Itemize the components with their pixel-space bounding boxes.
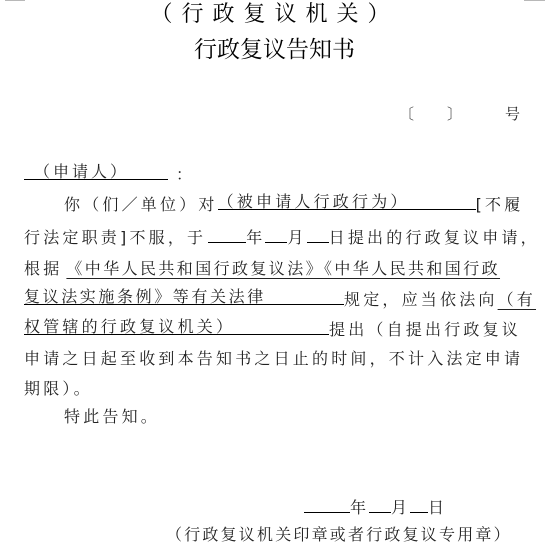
month-label: 月 [287,228,306,247]
body-line-2: 行法定职责]不服，于年月日提出的行政复议申请， [24,226,540,249]
doc-number-open-bracket: 〔 [399,104,414,124]
applicant-blank[interactable]: （申请人） [24,163,168,180]
signature-day-blank[interactable] [410,496,428,513]
body-line-3: 根据《中华人民共和国行政复议法》《中华人民共和国行政 [24,258,500,280]
page-corner-mark-right [524,0,545,1]
page-corner-mark-left [5,0,25,1]
body-text: 提出（自提出行政复议 [329,320,521,339]
body-text: 你（们／单位）对 [64,195,218,214]
body-text: 行法定职责]不服，于 [24,228,206,247]
signature-date: 年月日 [304,496,447,519]
body-line-6: 申请之日起至收到本告知书之日止的时间，不计入法定申请 [24,348,523,370]
doc-number-suffix: 号 [505,104,520,124]
closing-statement: 特此告知。 [64,406,160,428]
doc-number-close-bracket: 〕 [447,104,462,124]
body-text: 根据 [24,259,62,278]
law-reference: 《中华人民共和国行政复议法》《中华人民共和国行政 [66,259,500,278]
seal-note: （行政复议机关印章或者行政复议专用章） [166,524,512,546]
body-text: [不履 [476,195,524,214]
body-text: 日提出的行政复议申请， [329,228,540,247]
respondent-action-blank[interactable]: （被申请人行政行为） [218,193,476,210]
applicant-placeholder: （申请人） [34,161,129,183]
law-reference-continued: 复议法实施条例》等有关法律 [24,286,266,308]
signature-year-blank[interactable] [304,496,350,513]
page-title: 行政复议告知书 [0,36,549,64]
body-line-5: 权管辖的行政复议机关）提出（自提出行政复议 [24,318,521,341]
signature-day-label: 日 [428,498,447,517]
body-line-1: 你（们／单位）对（被申请人行政行为）[不履 [64,193,523,216]
signature-month-label: 月 [391,498,410,517]
addressee-line: （申请人） ： [24,163,195,186]
body-line-7: 期限）。 [24,378,93,400]
signature-year-label: 年 [350,498,369,517]
month-blank[interactable] [265,226,287,243]
law-basis-blank[interactable]: 复议法实施条例》等有关法律 [24,288,344,305]
addressee-colon: ： [176,165,195,184]
body-line-4: 复议法实施条例》等有关法律规定，应当依法向（有 [24,288,536,311]
day-blank[interactable] [307,226,329,243]
competent-authority-placeholder-continued: 权管辖的行政复议机关） [24,316,235,338]
respondent-action-placeholder: （被申请人行政行为） [218,191,410,213]
year-blank[interactable] [208,226,246,243]
year-label: 年 [246,228,265,247]
signature-month-blank[interactable] [369,496,391,513]
issuer-heading: （行政复议机关） [0,2,549,28]
body-text: 规定，应当依法向 [344,290,498,309]
competent-authority-placeholder: （有 [498,290,536,309]
competent-authority-blank[interactable]: 权管辖的行政复议机关） [24,318,329,335]
